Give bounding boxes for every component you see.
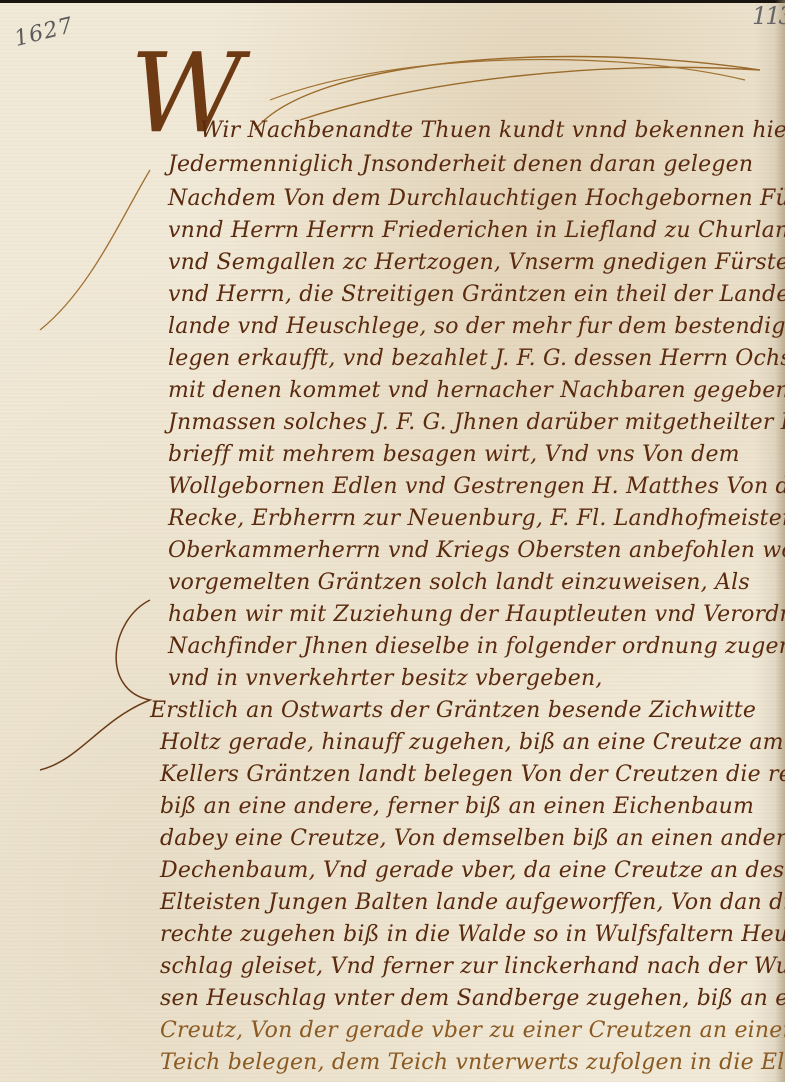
text-line: sen Heuschlag vnter dem Sandberge zugehe… bbox=[160, 986, 785, 1011]
scan-top-edge bbox=[0, 0, 785, 3]
text-line: Kellers Gräntzen landt belegen Von der C… bbox=[160, 762, 785, 787]
text-line: Nachdem Von dem Durchlauchtigen Hochgebo… bbox=[168, 186, 785, 211]
text-line: vnnd Herrn Herrn Friederichen in Lieflan… bbox=[168, 218, 785, 243]
text-line: vnd in vnverkehrter besitz vbergeben, bbox=[168, 666, 603, 691]
folio-number: 113 bbox=[752, 2, 785, 30]
text-line: brieff mit mehrem besagen wirt, Vnd vns … bbox=[168, 442, 740, 467]
text-line: Creutz, Von der gerade vber zu einer Cre… bbox=[160, 1018, 785, 1043]
text-line: haben wir mit Zuziehung der Hauptleuten … bbox=[168, 602, 785, 627]
text-line: schlag gleiset, Vnd ferner zur linckerha… bbox=[160, 954, 785, 979]
text-line: Jnmassen solches J. F. G. Jhnen darüber … bbox=[168, 410, 785, 435]
text-line: vnd Herrn, die Streitigen Gräntzen ein t… bbox=[168, 282, 785, 307]
text-line: Erstlich an Ostwarts der Gräntzen besend… bbox=[150, 698, 756, 723]
text-line: biß an eine andere, ferner biß an einen … bbox=[160, 794, 754, 819]
text-line: Jedermenniglich Jnsonderheit denen daran… bbox=[168, 152, 753, 177]
text-line: Wir Nachbenandte Thuen kundt vnnd bekenn… bbox=[200, 118, 785, 143]
text-line: vorgemelten Gräntzen solch landt einzuwe… bbox=[168, 570, 750, 595]
text-line: Elteisten Jungen Balten lande aufgeworff… bbox=[160, 890, 785, 915]
text-line: Nachfinder Jhnen dieselbe in folgender o… bbox=[168, 634, 785, 659]
text-line: legen erkaufft, vnd bezahlet J. F. G. de… bbox=[168, 346, 785, 371]
text-line: Oberkammerherrn vnd Kriegs Obersten anbe… bbox=[168, 538, 785, 563]
text-line: Wollgebornen Edlen vnd Gestrengen H. Mat… bbox=[168, 474, 785, 499]
text-line: vnd Semgallen zc Hertzogen, Vnserm gnedi… bbox=[168, 250, 785, 275]
text-line: dabey eine Creutze, Von demselben biß an… bbox=[160, 826, 785, 851]
manuscript-page: 1627 113 W Wir Nachbenandte Thuen kundt … bbox=[0, 0, 785, 1082]
text-line: Teich belegen, dem Teich vnterwerts zufo… bbox=[160, 1050, 785, 1075]
text-line: Holtz gerade, hinauff zugehen, biß an ei… bbox=[160, 730, 785, 755]
text-line: Dechenbaum, Vnd gerade vber, da eine Cre… bbox=[160, 858, 784, 883]
text-line: lande vnd Heuschlege, so der mehr fur de… bbox=[168, 314, 785, 339]
text-line: Recke, Erbherrn zur Neuenburg, F. Fl. La… bbox=[168, 506, 785, 531]
archival-year-note: 1627 bbox=[12, 13, 76, 52]
text-line: mit denen kommet vnd hernacher Nachbaren… bbox=[168, 378, 785, 403]
text-line: rechte zugehen biß in die Walde so in Wu… bbox=[160, 922, 785, 947]
